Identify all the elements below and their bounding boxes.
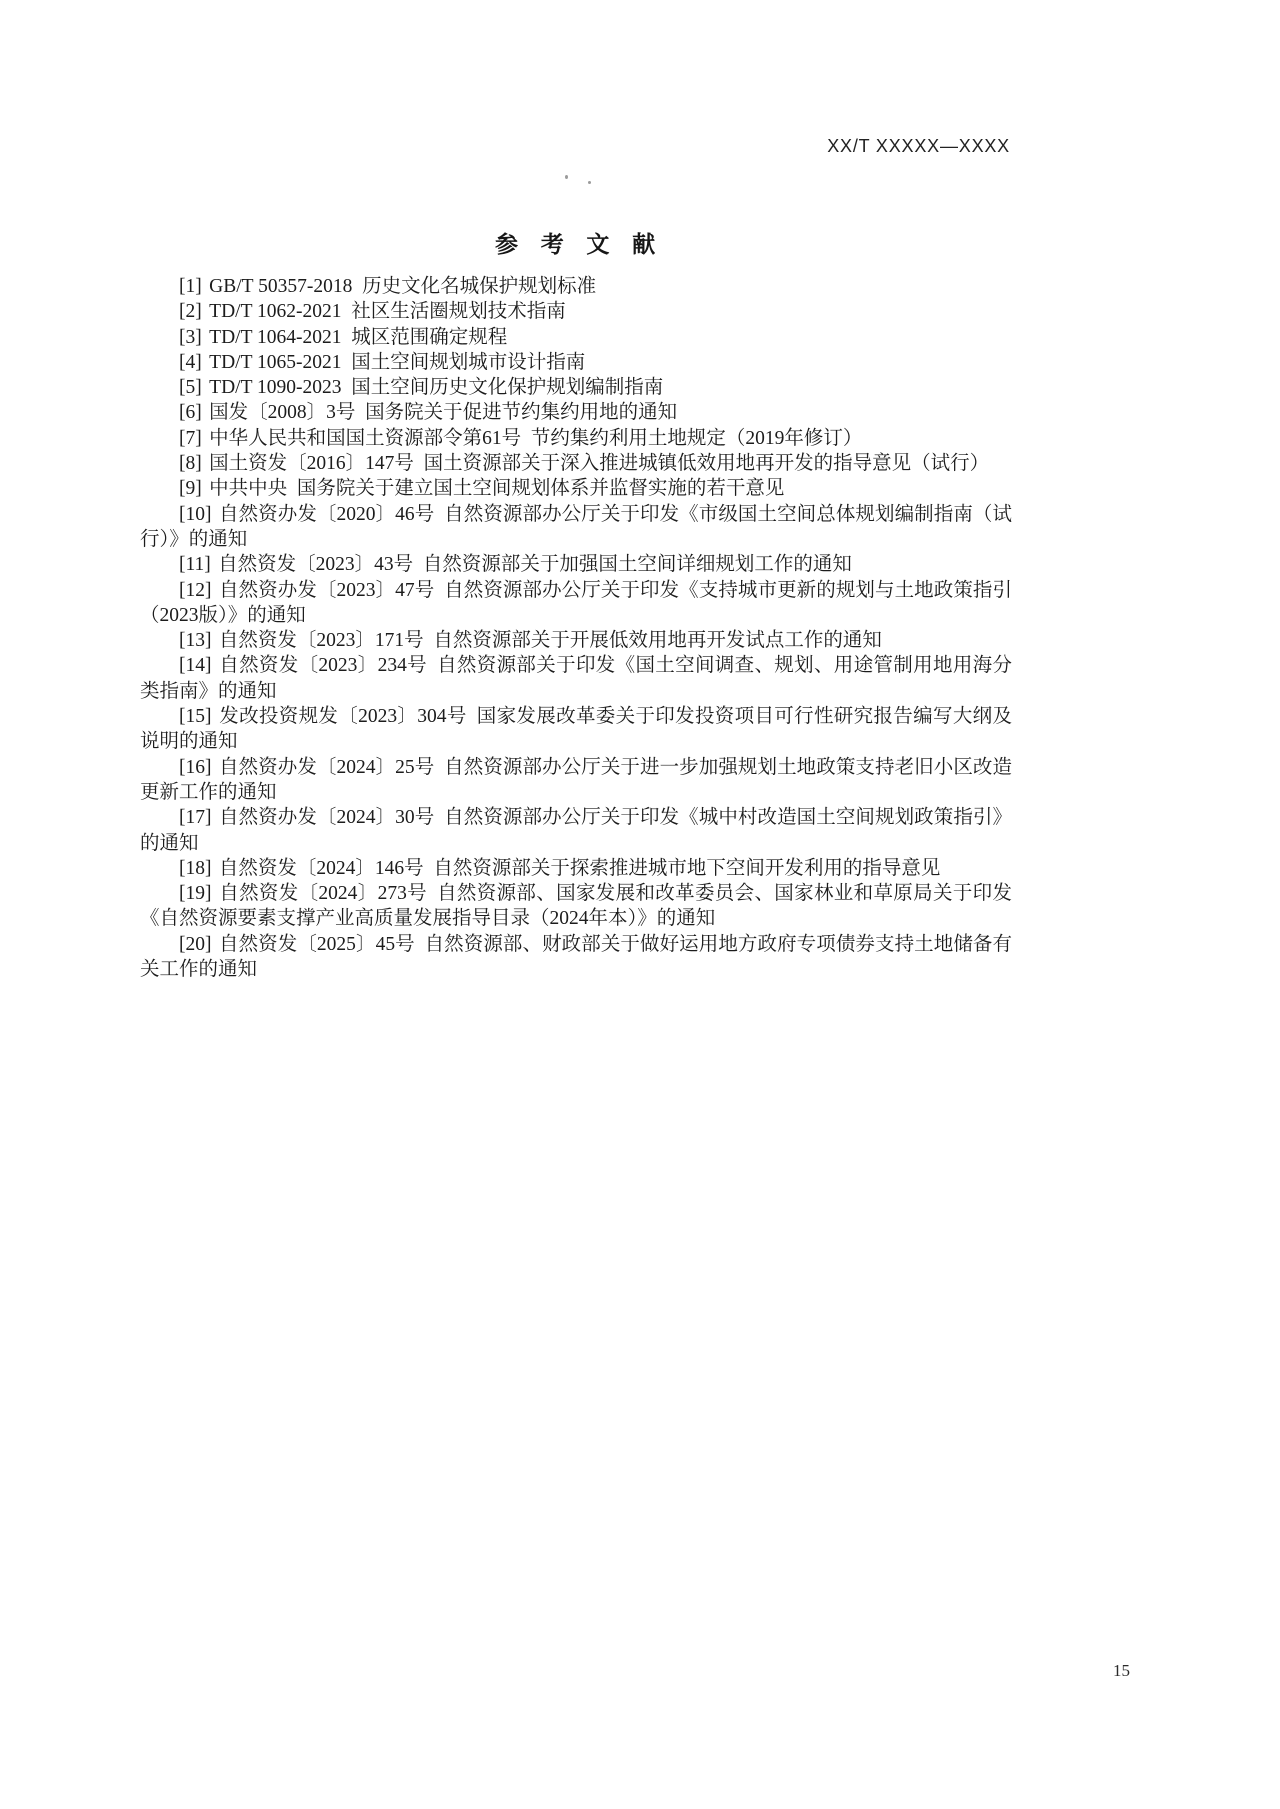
references-section: 参 考 文 献 [1]GB/T 50357-2018 历史文化名城保护规划标准[… xyxy=(140,228,1012,982)
scan-artifact-dot xyxy=(588,181,591,184)
reference-item: [12]自然资办发〔2023〕47号 自然资源部办公厅关于印发《支持城市更新的规… xyxy=(140,578,1012,629)
reference-label: [1] xyxy=(179,276,202,297)
reference-label: [20] xyxy=(179,934,212,955)
reference-text: 自然资办发〔2020〕46号 自然资源部办公厅关于印发《市级国土空间总体规划编制… xyxy=(140,504,1012,550)
reference-item: [3]TD/T 1064-2021 城区范围确定规程 xyxy=(140,325,1012,350)
reference-item: [18]自然资发〔2024〕146号 自然资源部关于探索推进城市地下空间开发利用… xyxy=(140,856,1012,881)
document-page: XX/T XXXXX—XXXX 参 考 文 献 [1]GB/T 50357-20… xyxy=(0,0,1280,1809)
reference-item: [19]自然资发〔2024〕273号 自然资源部、国家发展和改革委员会、国家林业… xyxy=(140,881,1012,932)
reference-label: [3] xyxy=(179,327,202,348)
reference-label: [15] xyxy=(179,706,212,727)
reference-text: 自然资发〔2023〕43号 自然资源部关于加强国土空间详细规划工作的通知 xyxy=(218,554,852,575)
reference-label: [19] xyxy=(179,883,212,904)
reference-item: [2]TD/T 1062-2021 社区生活圈规划技术指南 xyxy=(140,299,1012,324)
reference-text: 自然资办发〔2023〕47号 自然资源部办公厅关于印发《支持城市更新的规划与土地… xyxy=(140,580,1012,626)
reference-text: 自然资发〔2023〕234号 自然资源部关于印发《国土空间调查、规划、用途管制用… xyxy=(140,655,1012,701)
reference-text: 自然资办发〔2024〕30号 自然资源部办公厅关于印发《城中村改造国土空间规划政… xyxy=(140,807,1012,853)
reference-label: [9] xyxy=(179,478,202,499)
reference-item: [1]GB/T 50357-2018 历史文化名城保护规划标准 xyxy=(140,274,1012,299)
reference-label: [17] xyxy=(179,807,212,828)
reference-text: TD/T 1064-2021 城区范围确定规程 xyxy=(209,327,507,348)
reference-text: 自然资办发〔2024〕25号 自然资源部办公厅关于进一步加强规划土地政策支持老旧… xyxy=(140,757,1012,803)
reference-item: [15]发改投资规发〔2023〕304号 国家发展改革委关于印发投资项目可行性研… xyxy=(140,704,1012,755)
reference-text: 自然资发〔2025〕45号 自然资源部、财政部关于做好运用地方政府专项债券支持土… xyxy=(140,934,1012,980)
reference-label: [11] xyxy=(179,554,211,575)
reference-label: [8] xyxy=(179,453,202,474)
reference-text: 中共中央 国务院关于建立国土空间规划体系并监督实施的若干意见 xyxy=(209,478,784,499)
reference-item: [9]中共中央 国务院关于建立国土空间规划体系并监督实施的若干意见 xyxy=(140,476,1012,501)
reference-label: [5] xyxy=(179,377,202,398)
reference-item: [17]自然资办发〔2024〕30号 自然资源部办公厅关于印发《城中村改造国土空… xyxy=(140,805,1012,856)
reference-item: [11]自然资发〔2023〕43号 自然资源部关于加强国土空间详细规划工作的通知 xyxy=(140,552,1012,577)
reference-label: [7] xyxy=(179,428,202,449)
reference-item: [14]自然资发〔2023〕234号 自然资源部关于印发《国土空间调查、规划、用… xyxy=(140,653,1012,704)
reference-label: [12] xyxy=(179,580,212,601)
reference-item: [7]中华人民共和国国土资源部令第61号 节约集约利用土地规定（2019年修订） xyxy=(140,426,1012,451)
reference-item: [5]TD/T 1090-2023 国土空间历史文化保护规划编制指南 xyxy=(140,375,1012,400)
section-title: 参 考 文 献 xyxy=(140,228,1012,260)
reference-label: [13] xyxy=(179,630,212,651)
reference-item: [16]自然资办发〔2024〕25号 自然资源部办公厅关于进一步加强规划土地政策… xyxy=(140,755,1012,806)
reference-text: 自然资发〔2023〕171号 自然资源部关于开展低效用地再开发试点工作的通知 xyxy=(219,630,882,651)
page-number: 15 xyxy=(1113,1661,1130,1681)
reference-list: [1]GB/T 50357-2018 历史文化名城保护规划标准[2]TD/T 1… xyxy=(140,274,1012,982)
scan-artifact-dot xyxy=(565,175,568,179)
reference-text: 国土资发〔2016〕147号 国土资源部关于深入推进城镇低效用地再开发的指导意见… xyxy=(209,453,989,474)
reference-text: GB/T 50357-2018 历史文化名城保护规划标准 xyxy=(209,276,596,297)
reference-item: [8]国土资发〔2016〕147号 国土资源部关于深入推进城镇低效用地再开发的指… xyxy=(140,451,1012,476)
reference-text: 国发〔2008〕3号 国务院关于促进节约集约用地的通知 xyxy=(209,402,677,423)
reference-label: [10] xyxy=(179,504,212,525)
reference-text: 自然资发〔2024〕146号 自然资源部关于探索推进城市地下空间开发利用的指导意… xyxy=(219,858,941,879)
reference-item: [6]国发〔2008〕3号 国务院关于促进节约集约用地的通知 xyxy=(140,400,1012,425)
reference-item: [13]自然资发〔2023〕171号 自然资源部关于开展低效用地再开发试点工作的… xyxy=(140,628,1012,653)
reference-text: 自然资发〔2024〕273号 自然资源部、国家发展和改革委员会、国家林业和草原局… xyxy=(140,883,1012,929)
reference-text: TD/T 1062-2021 社区生活圈规划技术指南 xyxy=(209,301,566,322)
reference-text: 中华人民共和国国土资源部令第61号 节约集约利用土地规定（2019年修订） xyxy=(209,428,862,449)
reference-text: TD/T 1065-2021 国土空间规划城市设计指南 xyxy=(209,352,585,373)
reference-item: [10]自然资办发〔2020〕46号 自然资源部办公厅关于印发《市级国土空间总体… xyxy=(140,502,1012,553)
reference-label: [14] xyxy=(179,655,212,676)
reference-text: 发改投资规发〔2023〕304号 国家发展改革委关于印发投资项目可行性研究报告编… xyxy=(140,706,1012,752)
reference-label: [16] xyxy=(179,757,212,778)
standard-code-header: XX/T XXXXX—XXXX xyxy=(827,136,1010,157)
reference-label: [4] xyxy=(179,352,202,373)
reference-label: [18] xyxy=(179,858,212,879)
reference-text: TD/T 1090-2023 国土空间历史文化保护规划编制指南 xyxy=(209,377,663,398)
reference-label: [2] xyxy=(179,301,202,322)
reference-item: [20]自然资发〔2025〕45号 自然资源部、财政部关于做好运用地方政府专项债… xyxy=(140,932,1012,983)
reference-item: [4]TD/T 1065-2021 国土空间规划城市设计指南 xyxy=(140,350,1012,375)
reference-label: [6] xyxy=(179,402,202,423)
